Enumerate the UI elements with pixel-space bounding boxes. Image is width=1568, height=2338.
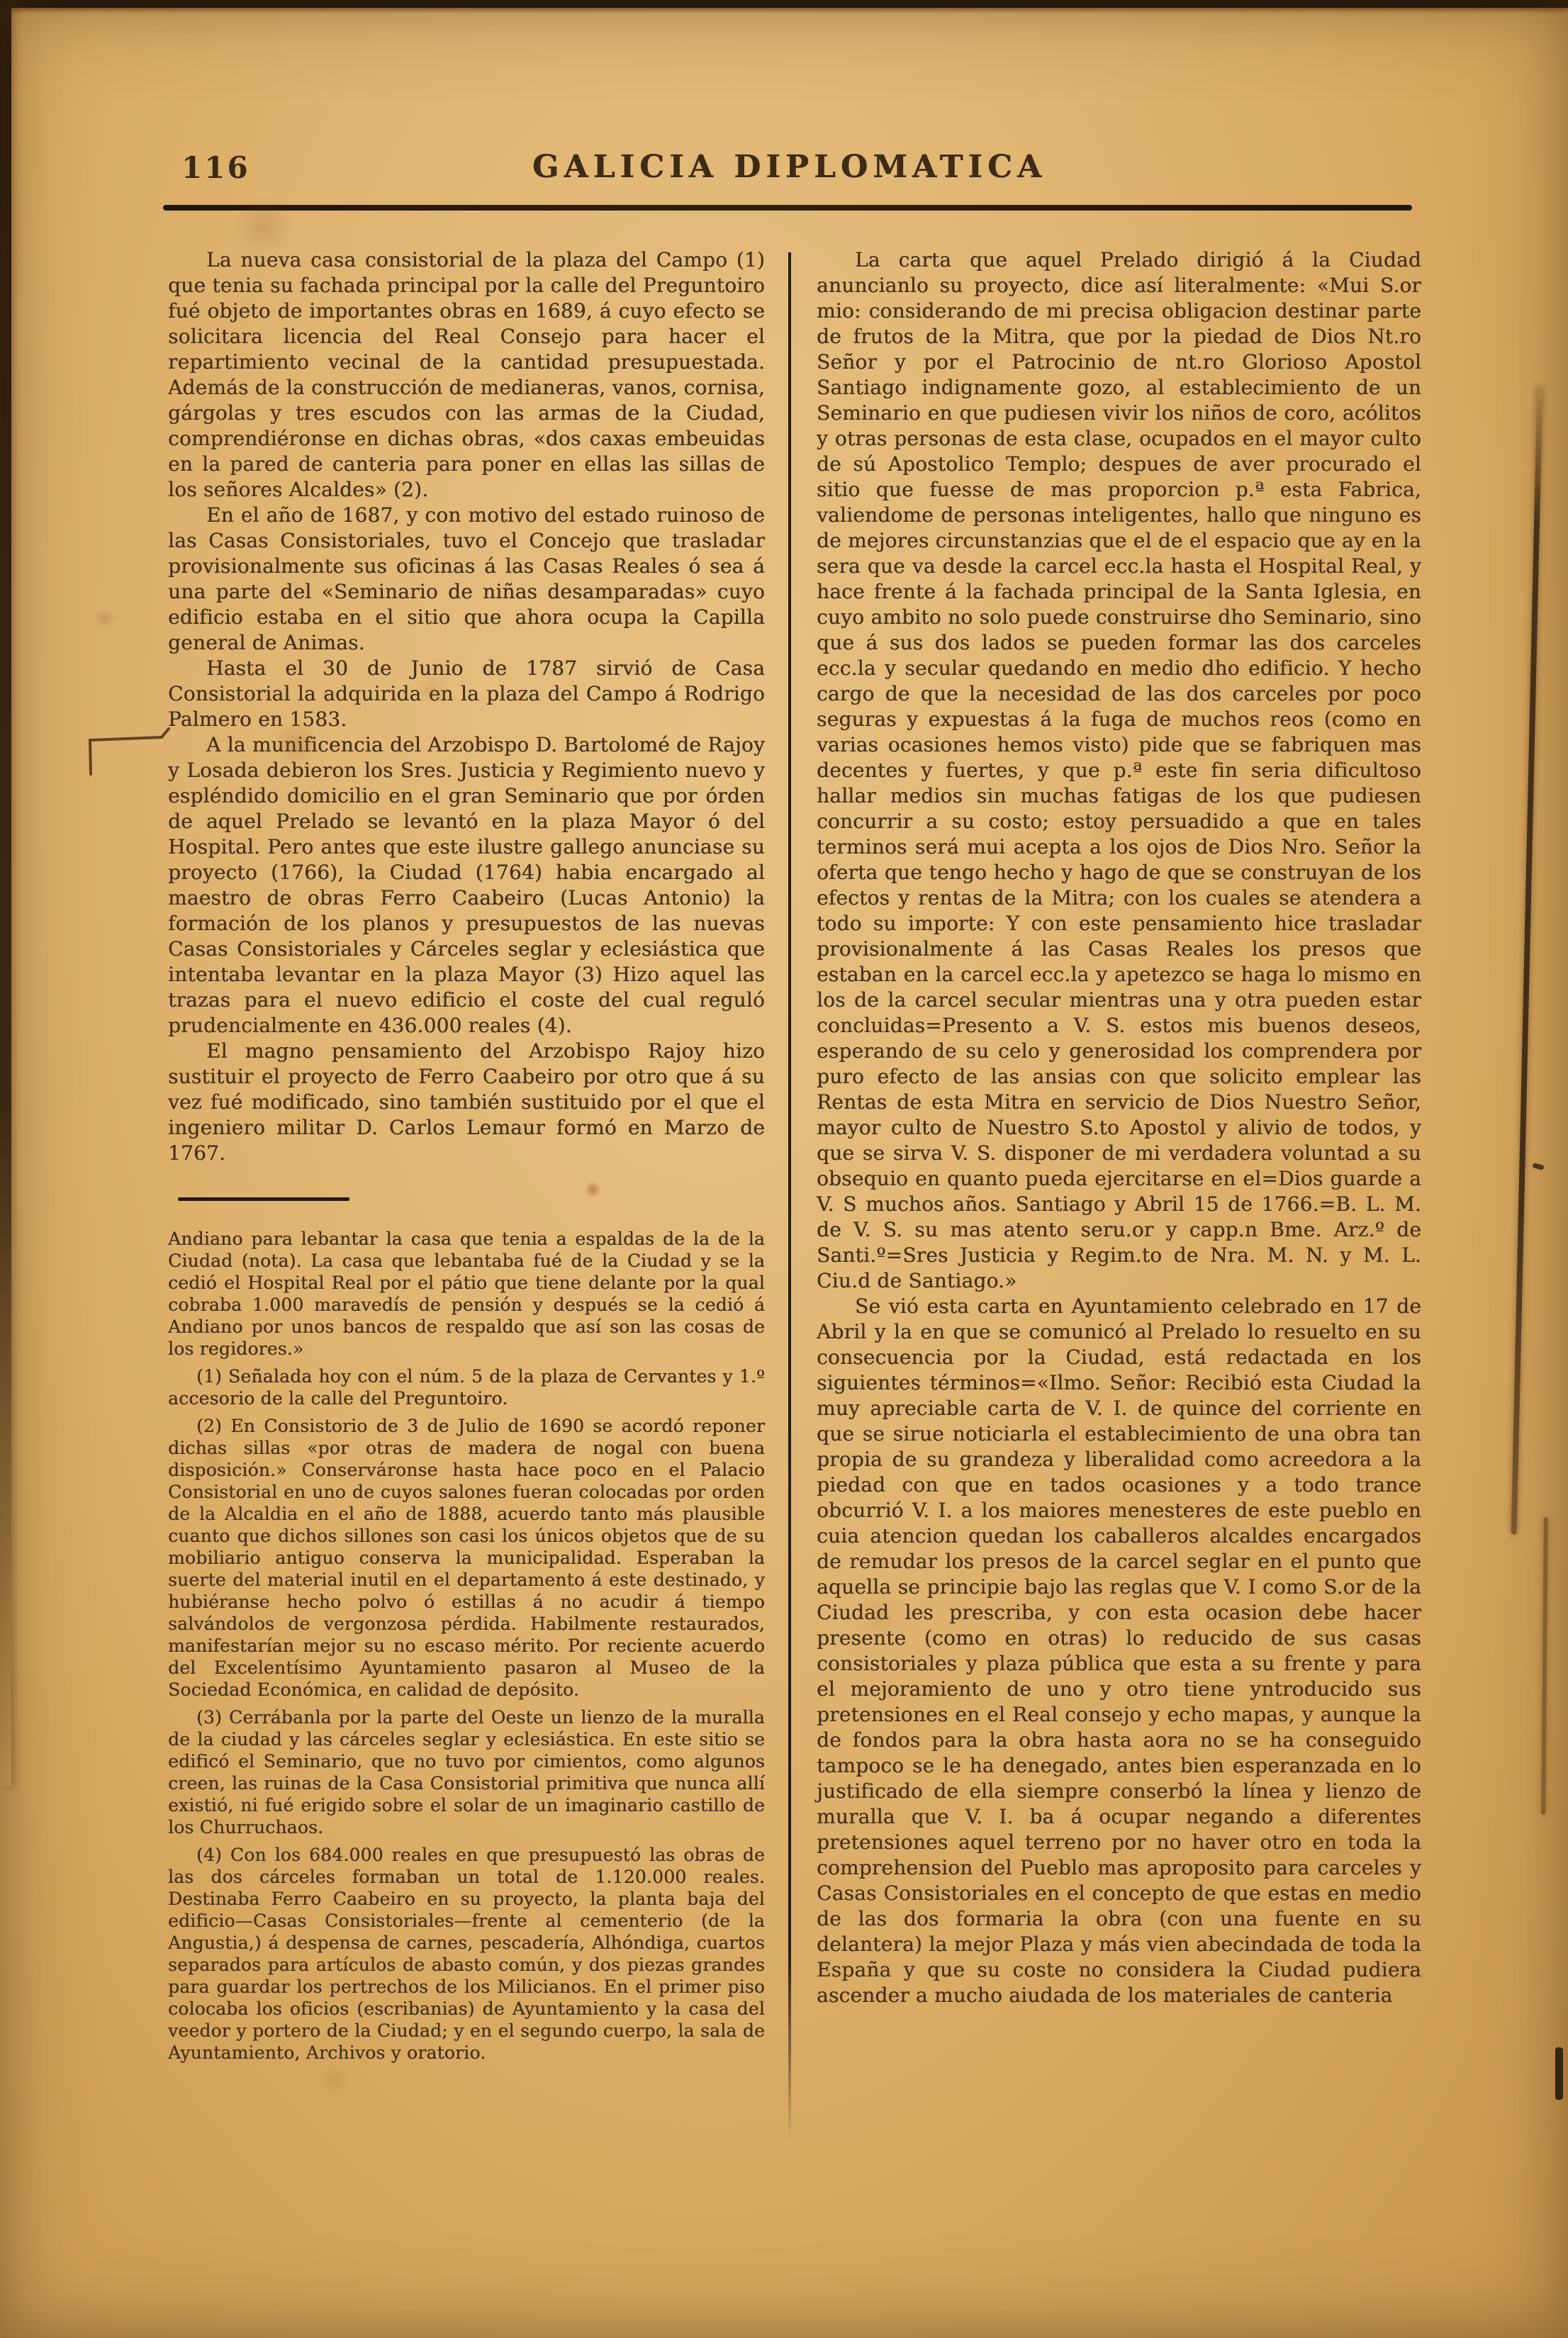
footnote-separator — [178, 1197, 349, 1201]
paragraph: Se vió esta carta en Ayuntamiento celebr… — [817, 1294, 1421, 2008]
left-edge-shadow — [0, 0, 11, 1786]
margin-pen-mark — [84, 725, 176, 781]
paragraph: A la munificencia del Arzobispo D. Barto… — [168, 732, 765, 1039]
footnote: (3) Cerrábanla por la parte del Oeste un… — [168, 1706, 765, 1838]
footnote: (2) En Consistorio de 3 de Julio de 1690… — [168, 1415, 765, 1701]
top-edge-shadow — [0, 0, 1568, 8]
paragraph: La nueva casa consistorial de la plaza d… — [168, 247, 765, 503]
column-divider — [788, 252, 791, 2142]
right-edge-bar — [1555, 2047, 1563, 2100]
right-edge-mark — [1532, 1163, 1544, 1170]
page-title: GALICIA DIPLOMATICA — [168, 149, 1411, 185]
footnote: Andiano para lebantar la casa que tenia … — [168, 1228, 765, 1360]
right-column: La carta que aquel Prelado dirigió á la … — [817, 247, 1421, 2008]
footnote: (1) Señalada hoy con el núm. 5 de la pla… — [168, 1365, 765, 1409]
right-page-crease-lower — [1541, 1517, 1548, 1815]
header-rule — [163, 205, 1412, 211]
paragraph: La carta que aquel Prelado dirigió á la … — [817, 247, 1421, 1294]
footnotes-block: Andiano para lebantar la casa que tenia … — [168, 1228, 765, 2064]
left-column: La nueva casa consistorial de la plaza d… — [168, 247, 765, 2069]
book-page: 116 GALICIA DIPLOMATICA La nueva casa co… — [0, 0, 1568, 2338]
paragraph: En el año de 1687, y con motivo del esta… — [168, 503, 765, 656]
footnote: (4) Con los 684.000 reales en que presup… — [168, 1844, 765, 2064]
paragraph: El magno pensamiento del Arzobispo Rajoy… — [168, 1039, 765, 1166]
paragraph: Hasta el 30 de Junio de 1787 sirvió de C… — [168, 656, 765, 732]
right-page-crease — [1511, 386, 1543, 1535]
